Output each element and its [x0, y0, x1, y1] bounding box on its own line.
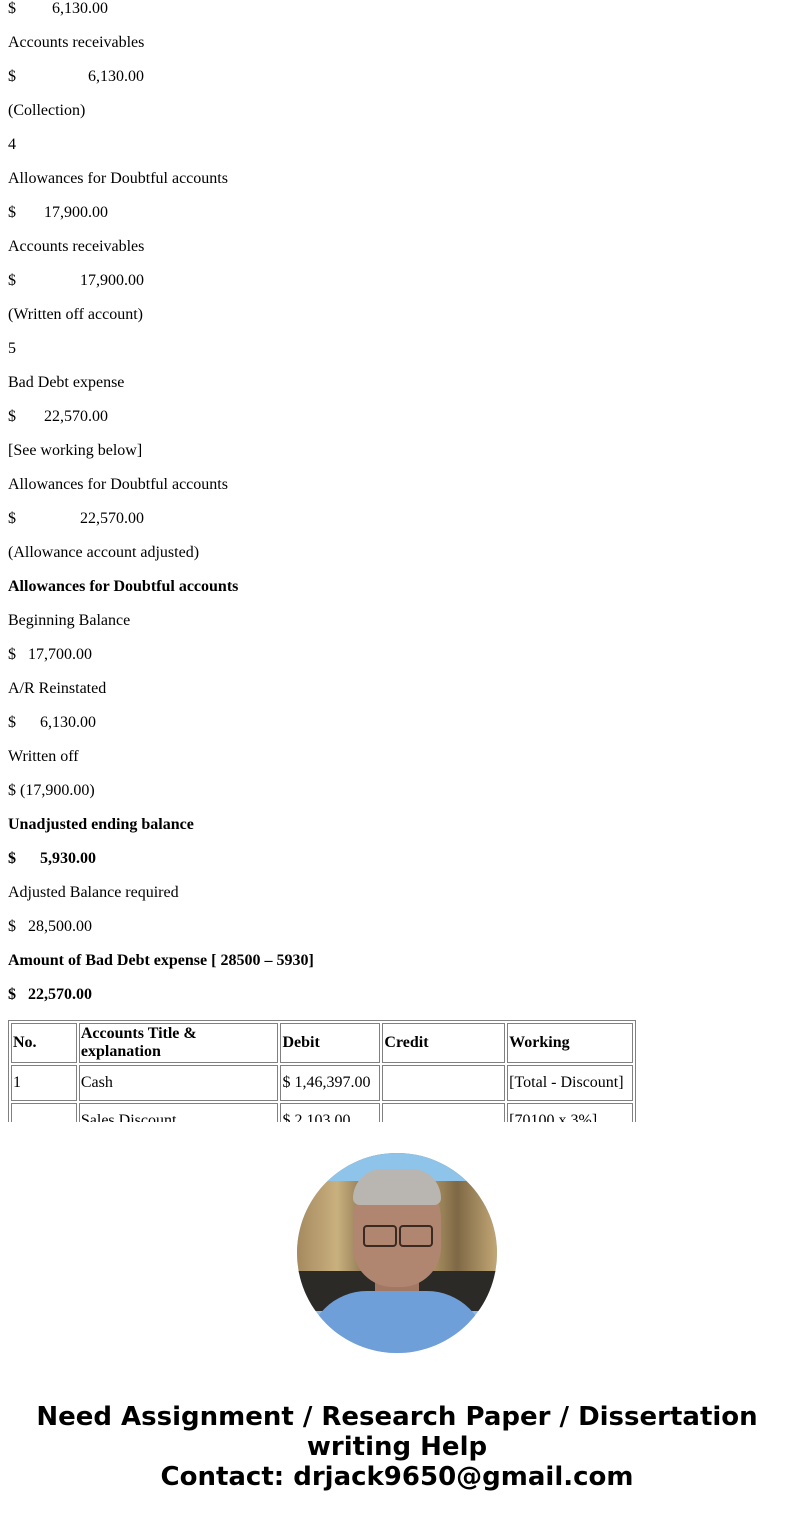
- header-account-title: Accounts Title & explanation: [79, 1023, 279, 1063]
- document-line: Amount of Bad Debt expense [ 28500 – 593…: [8, 952, 786, 970]
- document-line: $ 17,700.00: [8, 646, 786, 664]
- cell-credit: [382, 1065, 505, 1101]
- document-line: $ 22,570.00: [8, 986, 786, 1004]
- header-working: Working: [507, 1023, 633, 1063]
- document-line: Unadjusted ending balance: [8, 816, 786, 834]
- cell-credit: [382, 1103, 505, 1122]
- document-line: 4: [8, 136, 786, 154]
- document-line: (Written off account): [8, 306, 786, 324]
- document-line: $ 17,900.00: [8, 204, 786, 222]
- document-line: Allowances for Doubtful accounts: [8, 170, 786, 188]
- table-row: 1 Cash $ 1,46,397.00 [Total - Discount]: [11, 1065, 633, 1101]
- table-row: Sales Discount $ 2,103.00 [70100 x 3%]: [11, 1103, 633, 1122]
- document-line: $ 6,130.00: [8, 68, 786, 86]
- document-line: A/R Reinstated: [8, 680, 786, 698]
- document-line: Allowances for Doubtful accounts: [8, 476, 786, 494]
- cell-account-title: Cash: [79, 1065, 279, 1101]
- document-line: Beginning Balance: [8, 612, 786, 630]
- document-line: $ 22,570.00: [8, 510, 786, 528]
- document-line: Bad Debt expense: [8, 374, 786, 392]
- document-line: Accounts receivables: [8, 238, 786, 256]
- document-line: 5: [8, 340, 786, 358]
- cell-account-title: Sales Discount: [79, 1103, 279, 1122]
- document-lines: $ 6,130.00Accounts receivables$ 6,130.00…: [0, 0, 794, 1004]
- document-line: $ 6,130.00: [8, 714, 786, 732]
- document-line: $ 17,900.00: [8, 272, 786, 290]
- header-credit: Credit: [382, 1023, 505, 1063]
- document-line: Adjusted Balance required: [8, 884, 786, 902]
- document-line: $ 28,500.00: [8, 918, 786, 936]
- cell-working: [70100 x 3%]: [507, 1103, 633, 1122]
- promo-line-2: writing Help: [0, 1432, 794, 1462]
- promo-line-1: Need Assignment / Research Paper / Disse…: [0, 1402, 794, 1432]
- cell-debit: $ 2,103.00: [280, 1103, 380, 1122]
- cell-no: [11, 1103, 77, 1122]
- document-line: Allowances for Doubtful accounts: [8, 578, 786, 596]
- document-line: Written off: [8, 748, 786, 766]
- document-line: $ 5,930.00: [8, 850, 786, 868]
- cell-no: 1: [11, 1065, 77, 1101]
- document-line: (Allowance account adjusted): [8, 544, 786, 562]
- document-content: $ 6,130.00Accounts receivables$ 6,130.00…: [0, 0, 794, 1122]
- promo-text: Need Assignment / Research Paper / Disse…: [0, 1402, 794, 1492]
- document-line: Accounts receivables: [8, 34, 786, 52]
- document-line: (Collection): [8, 102, 786, 120]
- document-line: $ (17,900.00): [8, 782, 786, 800]
- header-no: No.: [11, 1023, 77, 1063]
- table-header-row: No. Accounts Title & explanation Debit C…: [11, 1023, 633, 1063]
- document-line: [See working below]: [8, 442, 786, 460]
- journal-table: No. Accounts Title & explanation Debit C…: [8, 1020, 636, 1122]
- avatar: [297, 1153, 497, 1353]
- document-line: $ 22,570.00: [8, 408, 786, 426]
- cell-working: [Total - Discount]: [507, 1065, 633, 1101]
- promo-contact: Contact: drjack9650@gmail.com: [0, 1462, 794, 1492]
- document-line: $ 6,130.00: [8, 0, 786, 18]
- cell-debit: $ 1,46,397.00: [280, 1065, 380, 1101]
- header-debit: Debit: [280, 1023, 380, 1063]
